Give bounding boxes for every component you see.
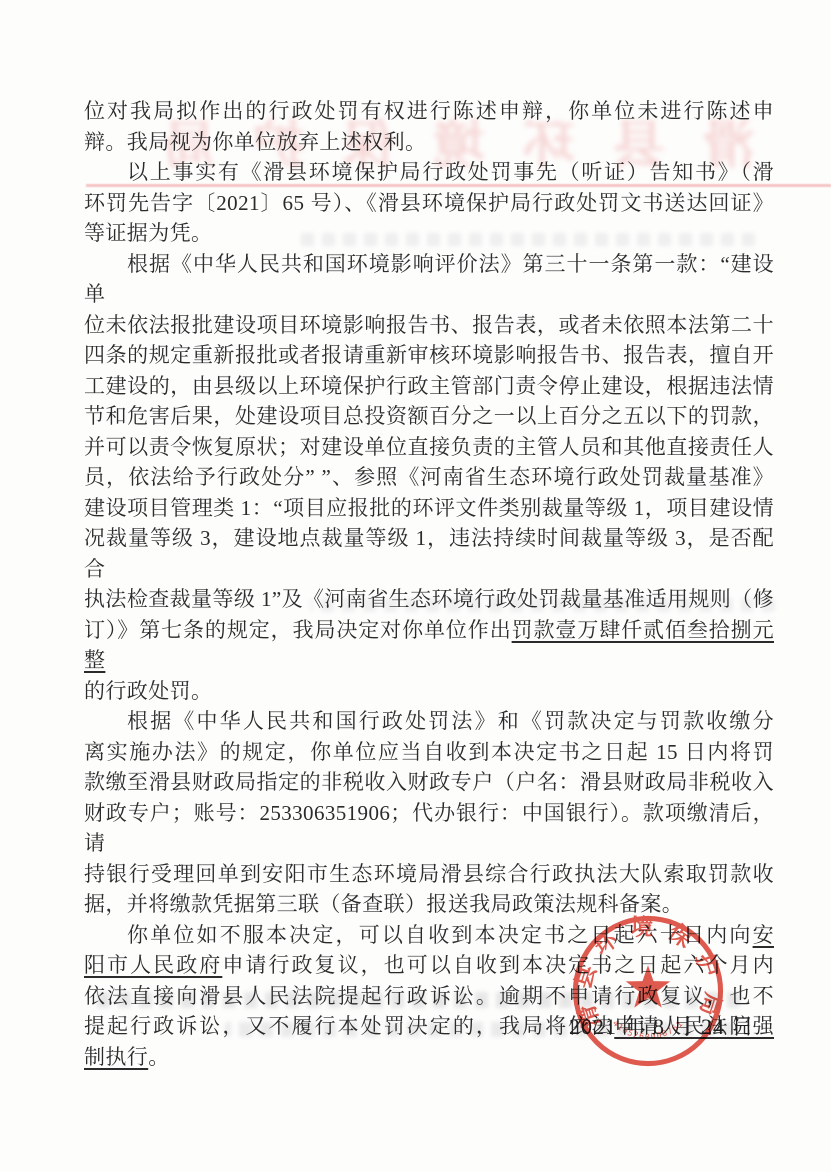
text-line: 四条的规定重新报批或者报请重新审核环境影响报告书、报告表，擅自开: [84, 340, 774, 371]
text-line: 况裁量等级 3，建设地点裁量等级 1，违法持续时间裁量等级 3，是否配合: [84, 523, 774, 584]
text-line: 员，依法给予行政处分” ”、参照《河南省生态环境行政处罚裁量基准》: [84, 462, 774, 493]
underlined-text: 安: [753, 923, 774, 947]
text-segment: 以上事实有《滑县环境保护局行政处罚事先（听证）告知书》（滑: [127, 160, 774, 184]
text-line: 等证据为凭。: [84, 218, 774, 249]
text-segment: 辩。我局视为你单位放弃上述权利。: [84, 130, 426, 154]
text-segment: 执法检查裁量等级 1”及《河南省生态环境行政处罚裁量基准适用规则（修: [84, 587, 774, 611]
text-segment: 离实施办法》的规定，你单位应当自收到本决定书之日起 15 日内将罚: [84, 740, 774, 764]
paragraph: 位对我局拟作出的行政处罚有权进行陈述申辩，你单位未进行陈述申辩。我局视为你单位放…: [84, 96, 774, 157]
text-line: 以上事实有《滑县环境保护局行政处罚事先（听证）告知书》（滑: [84, 157, 774, 188]
text-segment: 员，依法给予行政处分” ”、参照《河南省生态环境行政处罚裁量基准》: [84, 465, 774, 489]
text-line: 执法检查裁量等级 1”及《河南省生态环境行政处罚裁量基准适用规则（修: [84, 584, 774, 615]
text-segment: 节和危害后果，处建设项目总投资额百分之一以上百分之五以下的罚款，: [84, 404, 774, 428]
text-segment: 等证据为凭。: [84, 221, 212, 245]
text-line: 持银行受理回单到安阳市生态环境局滑县综合行政执法大队索取罚款收: [84, 859, 774, 890]
text-segment: 位未依法报批建设项目环境影响报告书、报告表，或者未依照本法第二十: [84, 313, 774, 337]
text-line: 根据《中华人民共和国行政处罚法》和《罚款决定与罚款收缴分: [84, 706, 774, 737]
text-segment: 。: [148, 1045, 169, 1069]
text-line: 辩。我局视为你单位放弃上述权利。: [84, 127, 774, 158]
text-line: 离实施办法》的规定，你单位应当自收到本决定书之日起 15 日内将罚: [84, 737, 774, 768]
text-line: 建设项目管理类 1：“项目应报批的环评文件类别裁量等级 1，项目建设情: [84, 493, 774, 524]
scanned-document-page: 滑县环境保护局 位对我局拟作出的行政处罚有权进行陈述申辩，你单位未进行陈述申辩。…: [0, 0, 831, 1172]
text-line: 款缴至滑县财政局指定的非税收入财政专户（户名：滑县财政局非税收入: [84, 767, 774, 798]
text-segment: 的行政处罚。: [84, 679, 212, 703]
text-segment: 况裁量等级 3，建设地点裁量等级 1，违法持续时间裁量等级 3，是否配合: [84, 526, 774, 581]
text-segment: 根据《中华人民共和国行政处罚法》和《罚款决定与罚款收缴分: [127, 709, 774, 733]
text-segment: 并可以责令恢复原状；对建设单位直接负责的主管人员和其他直接责任人: [84, 435, 774, 459]
paragraph: 以上事实有《滑县环境保护局行政处罚事先（听证）告知书》（滑环罚先告字〔2021〕…: [84, 157, 774, 249]
svg-text:4105260000761: 4105260000761: [611, 1018, 685, 1041]
official-seal: 滑县环境保护局 4105260000761: [570, 913, 726, 1069]
text-segment: 建设项目管理类 1：“项目应报批的环评文件类别裁量等级 1，项目建设情: [84, 496, 774, 520]
text-segment: 工建设的，由县级以上环境保护行政主管部门责令停止建设，根据违法情: [84, 374, 774, 398]
text-line: 环罚先告字〔2021〕65 号）、《滑县环境保护局行政处罚文书送达回证》: [84, 188, 774, 219]
text-line: 节和危害后果，处建设项目总投资额百分之一以上百分之五以下的罚款，: [84, 401, 774, 432]
text-line: 的行政处罚。: [84, 676, 774, 707]
text-segment: 提起行政诉讼，又不履行本处罚决定的，我局将依法: [84, 1014, 614, 1038]
underlined-text: 阳市人民政府: [84, 953, 222, 977]
text-line: 根据《中华人民共和国环境影响评价法》第三十一条第一款：“建设单: [84, 249, 774, 310]
text-line: 位对我局拟作出的行政处罚有权进行陈述申辩，你单位未进行陈述申: [84, 96, 774, 127]
text-segment: 位对我局拟作出的行政处罚有权进行陈述申辩，你单位未进行陈述申: [84, 99, 774, 123]
paragraph: 根据《中华人民共和国环境影响评价法》第三十一条第一款：“建设单位未依法报批建设项…: [84, 249, 774, 707]
text-line: 订）》第七条的规定，我局决定对你单位作出罚款壹万肆仟贰佰叁拾捌元整: [84, 615, 774, 676]
text-line: 位未依法报批建设项目环境影响报告书、报告表，或者未依照本法第二十: [84, 310, 774, 341]
text-line: 并可以责令恢复原状；对建设单位直接负责的主管人员和其他直接责任人: [84, 432, 774, 463]
seal-star-icon: [626, 965, 670, 1007]
text-line: 工建设的，由县级以上环境保护行政主管部门责令停止建设，根据违法情: [84, 371, 774, 402]
text-segment: 款缴至滑县财政局指定的非税收入财政专户（户名：滑县财政局非税收入: [84, 770, 774, 794]
text-segment: 四条的规定重新报批或者报请重新审核环境影响报告书、报告表，擅自开: [84, 343, 774, 367]
seal-code-text: 4105260000761: [611, 1018, 685, 1041]
text-segment: 订）》第七条的规定，我局决定对你单位作出: [84, 618, 512, 642]
text-line: 财政专户；账号：253306351906；代办银行：中国银行）。款项缴清后，请: [84, 798, 774, 859]
text-segment: 持银行受理回单到安阳市生态环境局滑县综合行政执法大队索取罚款收: [84, 862, 774, 886]
text-segment: 环罚先告字〔2021〕65 号）、《滑县环境保护局行政处罚文书送达回证》: [84, 191, 774, 215]
text-segment: 财政专户；账号：253306351906；代办银行：中国银行）。款项缴清后，请: [84, 801, 774, 856]
text-segment: 根据《中华人民共和国环境影响评价法》第三十一条第一款：“建设单: [84, 252, 774, 307]
paragraph: 根据《中华人民共和国行政处罚法》和《罚款决定与罚款收缴分离实施办法》的规定，你单…: [84, 706, 774, 920]
underlined-text: 制执行: [84, 1045, 148, 1069]
